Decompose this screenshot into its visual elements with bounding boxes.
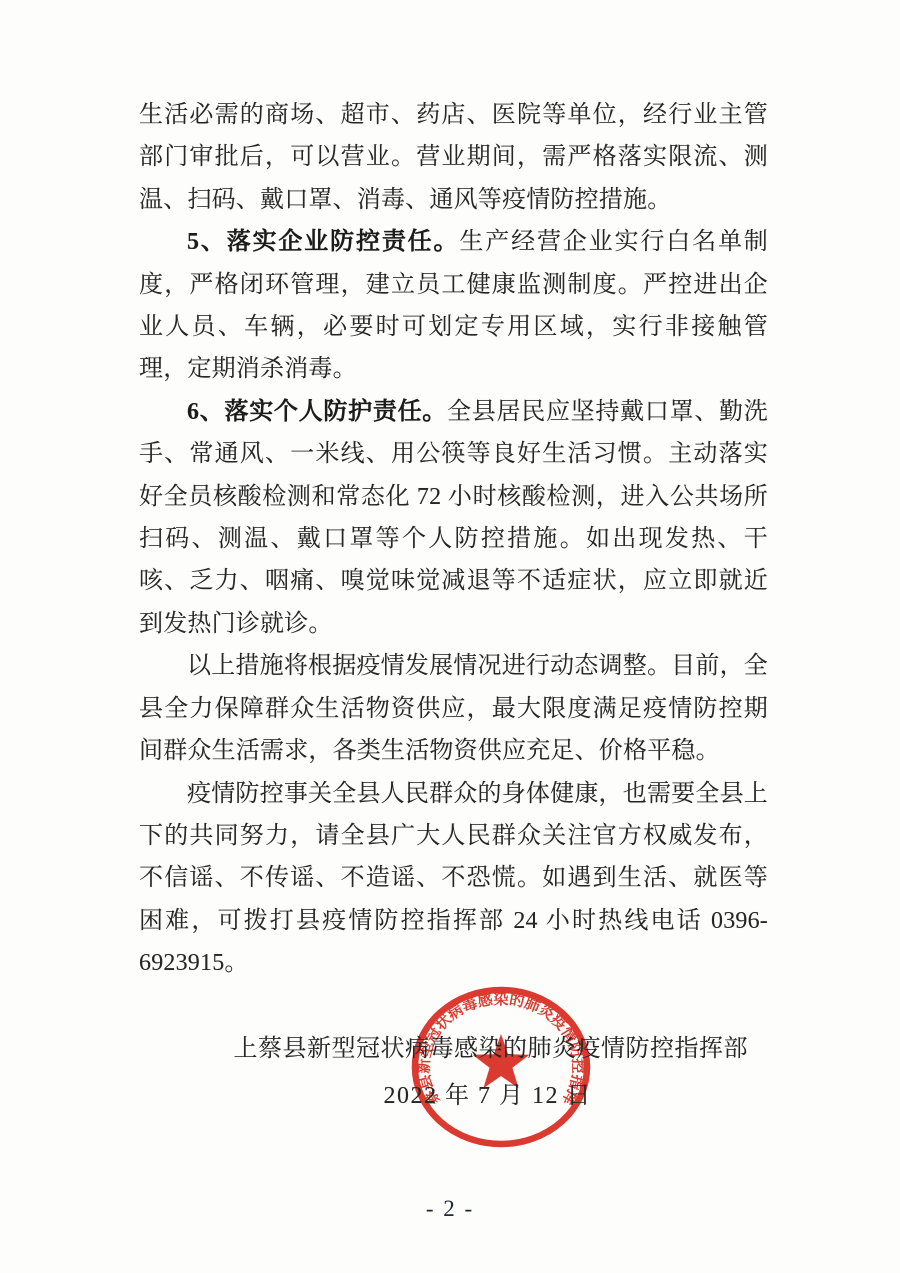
- paragraph: 疫情防控事关全县人民群众的身体健康，也需要全县上下的共同努力，请全县广大人民群众…: [139, 773, 768, 985]
- clause-heading: 5、落实企业防控责任。: [187, 229, 459, 255]
- signature-line: 上蔡县新型冠状病毒感染的肺炎疫情防控指挥部: [139, 1028, 768, 1063]
- seal-graphic: 上蔡县新型冠状病毒感染的肺炎疫情防控指挥部: [406, 982, 596, 1152]
- document-page: 生活必需的商场、超市、药店、医院等单位，经行业主管部门审批后，可以营业。营业期间…: [0, 0, 900, 1273]
- body-text: 全县居民应坚持戴口罩、勤洗手、常通风、一米线、用公筷等良好生活习惯。主动落实好全…: [139, 399, 768, 637]
- date-line: 2022 年 7 月 12 日: [139, 1075, 768, 1110]
- body-text: 以上措施将根据疫情发展情况进行动态调整。目前，全县全力保障群众生活物资供应，最大…: [139, 653, 768, 764]
- page-number: - 2 -: [0, 1196, 900, 1222]
- clause-heading: 6、落实个人防护责任。: [187, 399, 447, 425]
- official-seal: 上蔡县新型冠状病毒感染的肺炎疫情防控指挥部: [406, 982, 596, 1152]
- paragraph: 6、落实个人防护责任。全县居民应坚持戴口罩、勤洗手、常通风、一米线、用公筷等良好…: [139, 391, 768, 645]
- body-text: 生活必需的商场、超市、药店、医院等单位，经行业主管部门审批后，可以营业。营业期间…: [139, 102, 768, 213]
- paragraph: 生活必需的商场、超市、药店、医院等单位，经行业主管部门审批后，可以营业。营业期间…: [139, 94, 768, 221]
- paragraph: 以上措施将根据疫情发展情况进行动态调整。目前，全县全力保障群众生活物资供应，最大…: [139, 645, 768, 772]
- paragraph: 5、落实企业防控责任。生产经营企业实行白名单制度，严格闭环管理，建立员工健康监测…: [139, 221, 768, 391]
- body-text: 疫情防控事关全县人民群众的身体健康，也需要全县上下的共同努力，请全县广大人民群众…: [139, 781, 768, 977]
- document-body: 生活必需的商场、超市、药店、医院等单位，经行业主管部门审批后，可以营业。营业期间…: [139, 94, 768, 985]
